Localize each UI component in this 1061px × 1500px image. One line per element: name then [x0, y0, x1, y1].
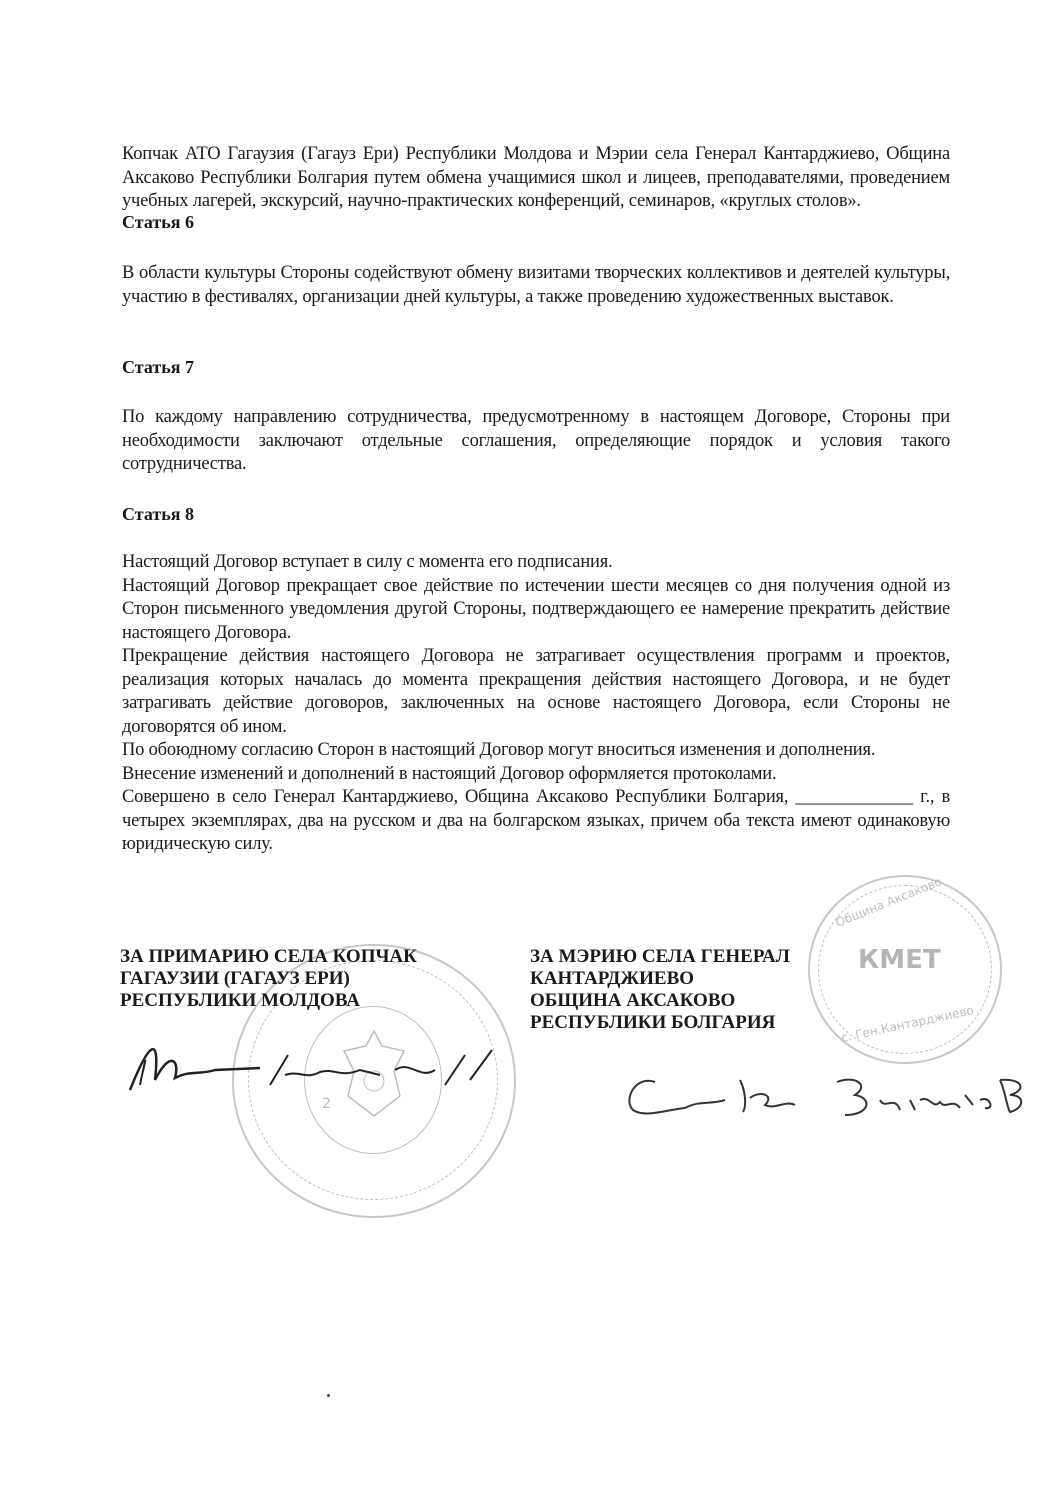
- article-8-heading: Статья 8: [122, 502, 950, 526]
- article-8-paragraph: Внесение изменений и дополнений в настоя…: [122, 763, 950, 787]
- article-8-paragraph: Настоящий Договор прекращает свое действ…: [122, 575, 950, 646]
- left-signature: [120, 1030, 510, 1110]
- article-6-heading: Статья 6: [122, 210, 950, 234]
- article-8-body: Настоящий Договор вступает в силу с моме…: [122, 551, 950, 857]
- article-8-paragraph: Прекращение действия настоящего Договора…: [122, 645, 950, 739]
- article-8-paragraph: По обоюдному согласию Сторон в настоящий…: [122, 739, 950, 763]
- article-6-text: В области культуры Стороны содействуют о…: [122, 262, 950, 309]
- stamp-center-text: КМЕТ: [858, 945, 941, 975]
- article-8-paragraph: Настоящий Договор вступает в силу с моме…: [122, 551, 950, 575]
- aksakovo-stamp: Община Аксаково КМЕТ с. Ген.Кантарджиево: [808, 875, 1002, 1064]
- scan-speck: [327, 1394, 330, 1397]
- article-8-paragraph: Совершено в село Генерал Кантарджиево, О…: [122, 786, 950, 857]
- right-signatory-title: ЗА МЭРИЮ СЕЛА ГЕНЕРАЛ КАНТАРДЖИЕВО ОБЩИН…: [530, 946, 790, 1034]
- article-7-text: По каждому направлению сотрудничества, п…: [122, 406, 950, 477]
- left-signatory-title: ЗА ПРИМАРИЮ СЕЛА КОПЧАК ГАГАУЗИИ (ГАГАУЗ…: [120, 946, 417, 1012]
- intro-paragraph: Копчак АТО Гагаузия (Гагауз Ери) Республ…: [122, 143, 950, 214]
- article-7-heading: Статья 7: [122, 355, 950, 379]
- right-signature: [615, 1070, 1035, 1130]
